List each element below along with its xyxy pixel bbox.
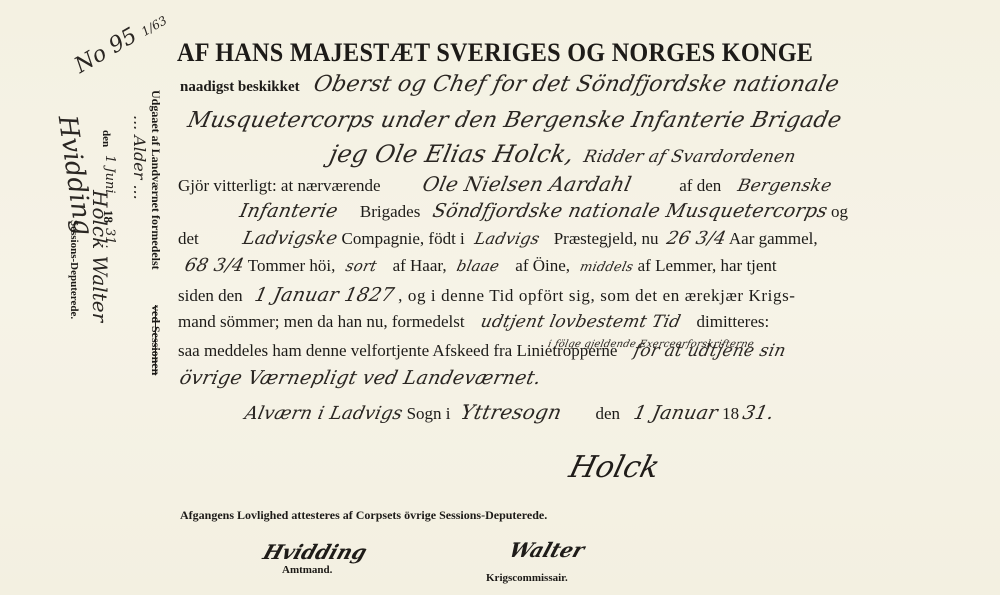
handwritten-issue-date: 1 Januar (632, 402, 720, 424)
printed-afskeed: saa meddeles ham denne velfortjente Afsk… (178, 341, 617, 360)
printed-year-prefix: 18 (722, 404, 739, 423)
line-vaernepligt: övrige Værnepligt ved Landeværnet. (180, 367, 541, 389)
handwritten-age: 26 3/4 (665, 228, 728, 249)
handwritten-order: Ridder af Svardordenen (582, 147, 798, 167)
handwritten-purpose: for at udtjene sin (632, 341, 788, 361)
margin-udgaaet-text: Udgaaet af Landværnet formedelst (148, 90, 163, 270)
margin-ved-sessionen: ved Sessionen (148, 305, 163, 375)
handwritten-eye-color: blaae (455, 257, 501, 275)
certificate-number: No 95 1/63 (71, 6, 171, 78)
certificate-number-sub: 1/63 (139, 13, 169, 39)
margin-year-suffix: 31. (102, 228, 117, 249)
line-brigade: Infanterie Brigades Söndfjordske nationa… (240, 200, 848, 222)
margin-handwritten-reason: ... Alder ... (130, 115, 149, 200)
handwritten-rank-title: Oberst og Chef for det Söndfjordske nati… (311, 72, 841, 97)
printed-compagnie: Compagnie, födt i (342, 229, 465, 248)
label-krigscommissair: Krigscommissair. (486, 572, 568, 584)
handwritten-bergenske: Bergenske (735, 176, 833, 196)
printed-aar-gammel: Aar gammel, (729, 229, 818, 248)
printed-tommer-hoi: Tommer höi, (248, 256, 336, 275)
printed-sogn-i: Sogn i (407, 404, 451, 423)
handwritten-height: 68 3/4 (183, 255, 246, 276)
printed-brigades: Brigades (360, 202, 420, 221)
label-amtmand: Amtmand. (282, 564, 332, 576)
handwritten-place: Alværn i Ladvigs (243, 403, 405, 424)
handwritten-vaernepligt: övrige Værnepligt ved Landeværnet. (178, 367, 543, 389)
handwritten-soldier-name: Ole Nielsen Aardahl (420, 172, 633, 196)
line-description: 68 3/4 Tommer höi, sort af Haar, blaae a… (185, 255, 777, 276)
printed-mand-sommer: mand sömmer; men da han nu, formedelst (178, 312, 465, 331)
attestation-text: Afgangens Lovlighed attesteres af Corpse… (180, 508, 547, 523)
line-appointment: naadigst beskikket Oberst og Chef for de… (180, 72, 839, 97)
handwritten-company: Ladvigske (241, 228, 340, 249)
printed-af-lemmer: af Lemmer, har tjent (638, 256, 777, 275)
handwritten-service-start: 1 Januar 1827 (253, 284, 397, 306)
margin-den-label: den (100, 130, 112, 147)
handwritten-sondfjordske: Söndfjordske nationale Musquetercorps (430, 200, 829, 222)
margin-handwritten-date: 1 Juni (102, 155, 117, 194)
line-soldier-name: Gjör vitterligt: at nærværende Ole Niels… (178, 172, 831, 196)
handwritten-corps: Musquetercorps under den Bergenske Infan… (185, 108, 844, 133)
printed-og: og (831, 202, 848, 221)
printed-af-den: af den (679, 176, 721, 195)
printed-af-oine: af Öine, (515, 256, 570, 275)
signature-holck: Holck (566, 450, 664, 485)
line-service-since: siden den 1 Januar 1827 , og i denne Tid… (178, 284, 796, 306)
line-place-date: Alværn i Ladvigs Sogn i Yttresogn den 1 … (245, 400, 774, 424)
printed-naadigst: naadigst beskikket (180, 79, 300, 95)
printed-den: den (596, 404, 621, 423)
line-corps: Musquetercorps under den Bergenske Infan… (188, 108, 841, 133)
handwritten-year-suffix: 31. (741, 402, 777, 424)
margin-sessions-deputerede: Sessions-Deputerede. (68, 220, 80, 319)
printed-siden-den: siden den (178, 286, 243, 305)
printed-conduct: , og i denne Tid opfört sig, som det en … (398, 286, 795, 305)
handwritten-hair-color: sort (344, 257, 379, 275)
printed-gjor-vitterligt: Gjör vitterligt: at nærværende (178, 176, 381, 195)
printed-af-haar: af Haar, (393, 256, 447, 275)
handwritten-officer-name: jeg Ole Elias Holck, (327, 140, 577, 168)
document-title: AF HANS MAJESTÆT SVERIGES OG NORGES KONG… (177, 38, 813, 68)
line-company: det Ladvigske Compagnie, födt i Ladvigs … (178, 228, 818, 249)
printed-det: det (178, 229, 199, 248)
handwritten-infanterie: Infanterie (238, 200, 340, 222)
signature-amtmand: Hvidding (260, 540, 370, 564)
handwritten-discharge-reason: udtjent lovbestemt Tid (479, 312, 683, 332)
handwritten-build: middels (579, 260, 635, 275)
line-discharge-reason: mand sömmer; men da han nu, formedelst u… (178, 312, 769, 332)
line-officer-name: jeg Ole Elias Holck, Ridder af Svardorde… (330, 140, 795, 168)
discharge-certificate-page: No 95 1/63 Hvidding Holck Walter Session… (0, 0, 1000, 595)
line-afskeed: saa meddeles ham denne velfortjente Afsk… (178, 341, 785, 361)
margin-year-prefix: 18 (100, 210, 116, 223)
certificate-number-text: No 95 (71, 23, 142, 78)
handwritten-birthplace: Ladvigs (473, 229, 541, 248)
handwritten-parish: Yttresogn (458, 400, 564, 424)
signature-krigscommissair: Walter (506, 538, 588, 562)
printed-dimitteres: dimitteres: (697, 312, 770, 331)
printed-praestegjeld: Præstegjeld, nu (554, 229, 659, 248)
margin-annotation-block: No 95 1/63 Hvidding Holck Walter Session… (30, 20, 180, 440)
